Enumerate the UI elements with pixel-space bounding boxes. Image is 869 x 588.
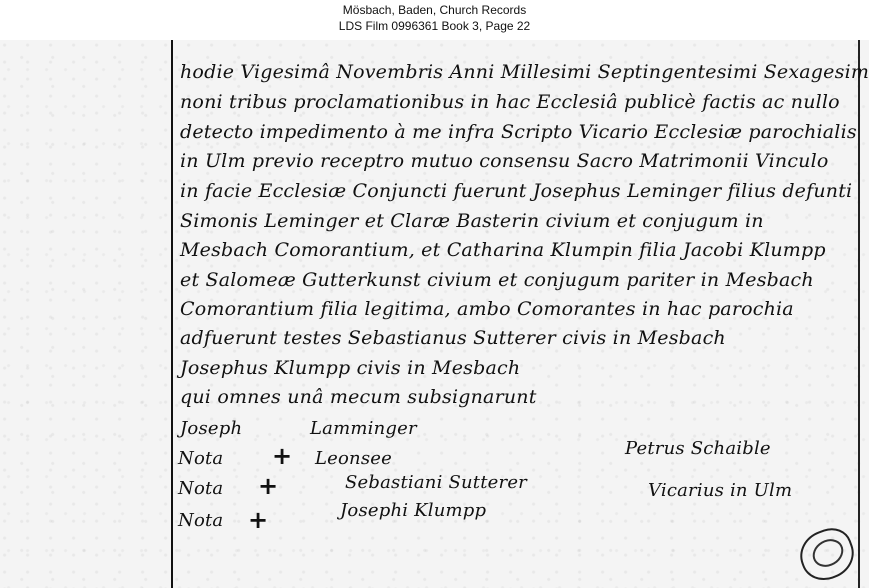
record-line-5: in facie Ecclesiæ Conjuncti fuerunt Jose… [180,180,852,202]
record-line-3: detecto impedimento à me infra Scripto V… [180,121,857,143]
caption-source: LDS Film 0996361 Book 3, Page 22 [0,18,869,34]
record-line-10: adfuerunt testes Sebastianus Sutterer ci… [180,327,726,349]
signature-name-4: Josephi Klumpp [340,500,486,521]
cross-mark-3: + [248,506,268,534]
record-line-11: Josephus Klumpp civis in Mesbach [180,357,520,379]
document-caption: Mösbach, Baden, Church Records LDS Film … [0,2,869,34]
signature-left-4: Nota [178,510,223,531]
record-line-6: Simonis Leminger et Claræ Basterin civiu… [180,210,764,232]
signature-left-1: Joseph [180,418,242,439]
record-line-2: noni tribus proclamationibus in hac Eccl… [180,91,840,113]
priest-title: Vicarius in Ulm [648,480,792,501]
cross-mark-1: + [272,442,292,470]
record-line-4: in Ulm previo receptro mutuo consensu Sa… [180,150,829,172]
record-line-8: et Salomeæ Gutterkunst civium et conjugu… [180,269,814,291]
record-line-9: Comorantium filia legitima, ambo Comoran… [180,298,794,320]
cross-mark-2: + [258,472,278,500]
left-margin-rule [171,40,173,588]
record-line-7: Mesbach Comorantium, et Catharina Klumpi… [180,239,826,261]
record-line-1: hodie Vigesimâ Novembris Anni Millesimi … [180,61,869,83]
signature-name-1: Lamminger [310,418,417,439]
record-line-12: qui omnes unâ mecum subsignarunt [180,386,537,408]
signature-name-2: Leonsee [315,448,392,469]
signature-left-2: Nota [178,448,223,469]
signature-left-3: Nota [178,478,223,499]
caption-title: Mösbach, Baden, Church Records [0,2,869,18]
priest-signature: Petrus Schaible [625,438,771,459]
right-margin-rule [858,40,860,588]
scanned-record-image: hodie Vigesimâ Novembris Anni Millesimi … [0,40,869,588]
signature-name-3: Sebastiani Sutterer [345,472,527,493]
